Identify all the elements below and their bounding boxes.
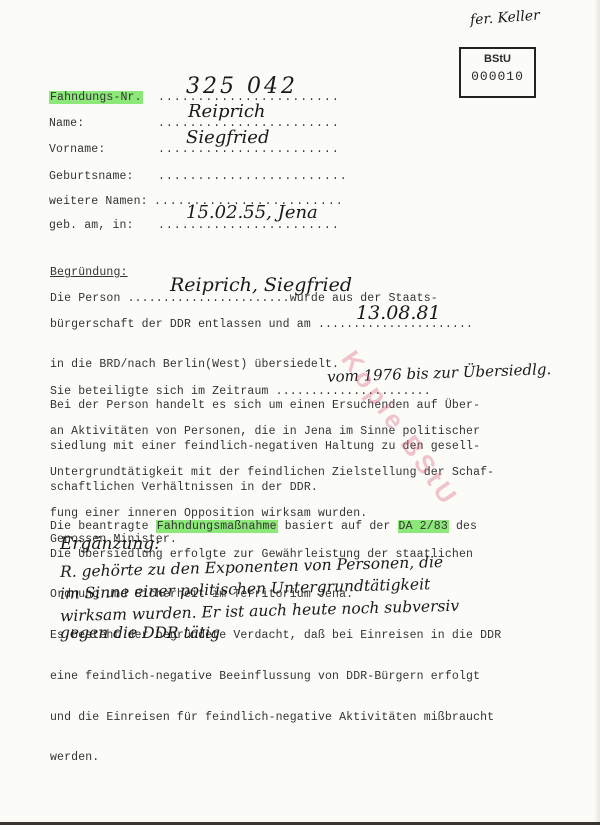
reason-hand-date: 13.08.81 <box>356 302 441 324</box>
archive-stamp-box: BStU 000010 <box>459 47 536 98</box>
field-label-geb-am-in: geb. am, in: <box>49 219 134 233</box>
archive-org: BStU <box>461 53 534 65</box>
corner-note: fer. Keller <box>470 8 541 29</box>
field-value-geb-am-in: 15.02.55, Jena <box>186 202 318 223</box>
page-edge <box>594 0 600 825</box>
dotted-line: ........................ <box>158 170 348 183</box>
field-value-fahndungs-nr: 325 042 <box>186 74 298 99</box>
field-label-vorname: Vorname: <box>49 143 105 157</box>
reason-final-line: Die beantragte Fahndungsmaßnahme basiert… <box>50 520 477 534</box>
field-label-fahndungs-nr: Fahndungs-Nr. <box>49 91 143 104</box>
field-label-weitere-namen: weitere Namen: <box>49 195 148 209</box>
highlight-fahndungsmassnahme: Fahndungsmaßnahme <box>156 520 278 533</box>
reason-heading: Begründung: <box>50 266 128 279</box>
archive-number: 000010 <box>461 69 534 84</box>
highlight-da-2-83: DA 2/83 <box>398 520 449 533</box>
field-label-name: Name: <box>49 117 84 131</box>
reason-hand-name: Reiprich, Siegfried <box>170 274 352 296</box>
field-label-geburtsname: Geburtsname: <box>49 170 134 184</box>
supplement-heading: Ergänzung: <box>60 534 160 554</box>
field-value-vorname: Siegfried <box>186 127 269 148</box>
supplement-line: gegen die DDR tätig <box>60 624 220 642</box>
field-value-name: Reiprich <box>188 101 266 122</box>
